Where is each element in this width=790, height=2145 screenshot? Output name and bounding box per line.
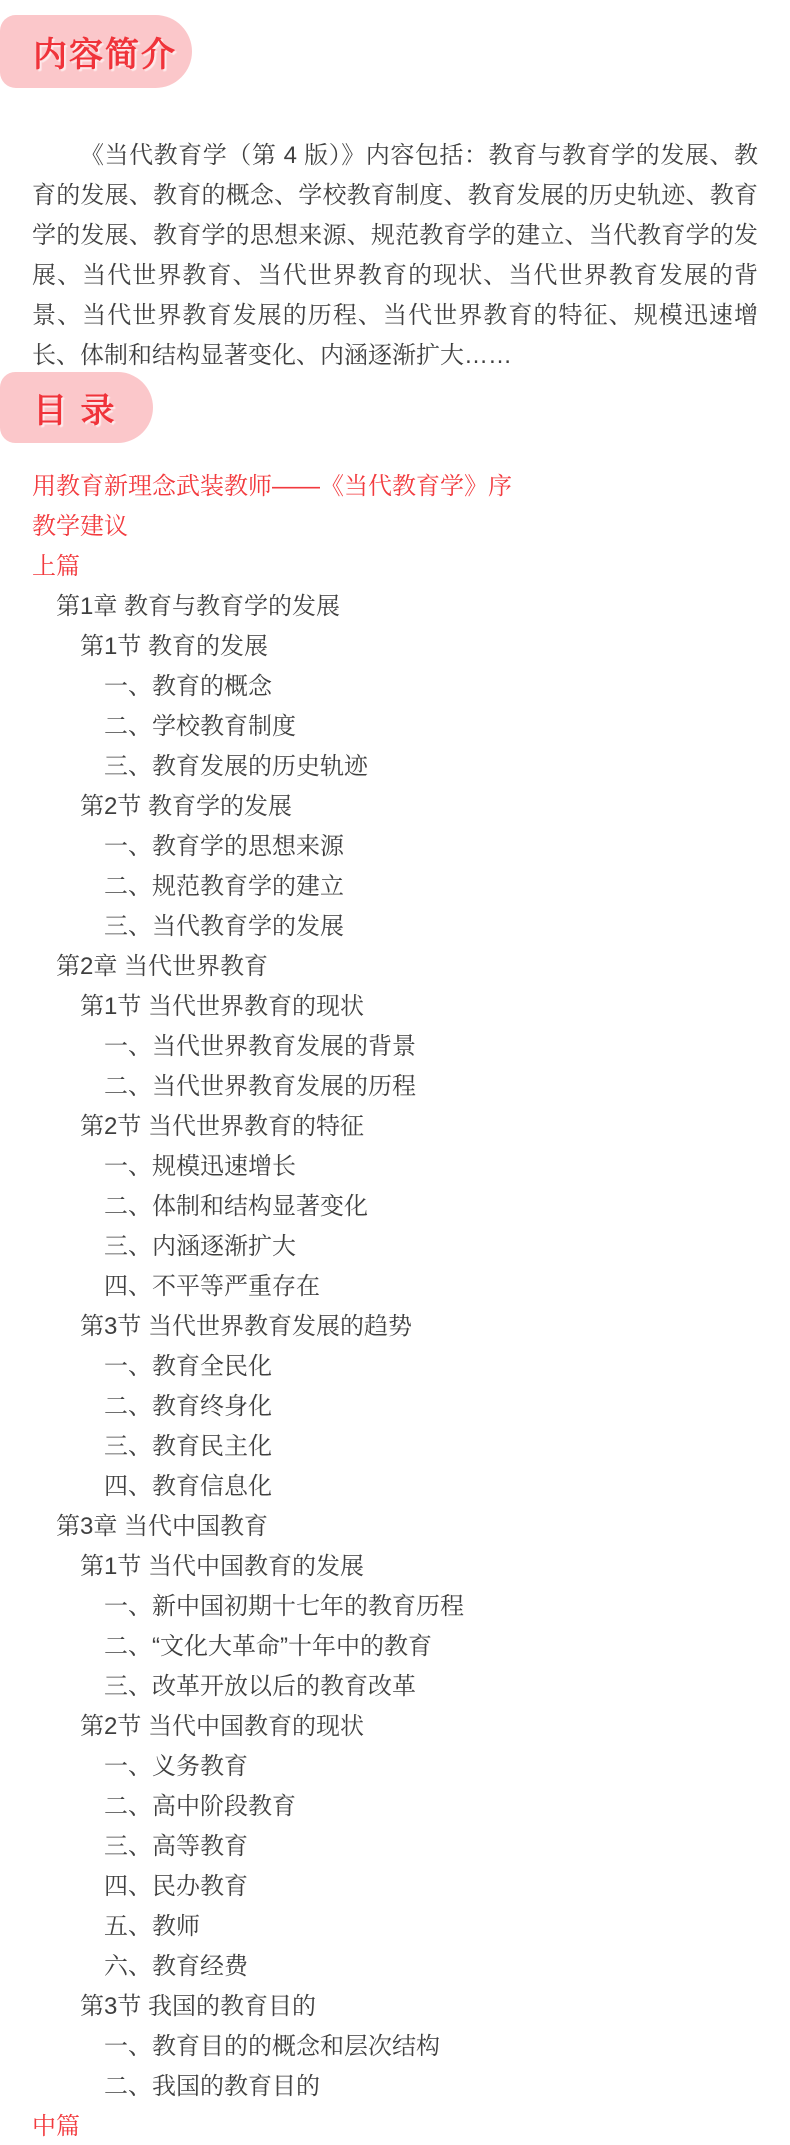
toc-item: 第2节 当代中国教育的现状 [0,1707,790,1747]
toc-item: 第3节 当代世界教育发展的趋势 [0,1307,790,1347]
toc-item: 一、教育全民化 [0,1347,790,1387]
intro-section-badge: 内容简介 [0,15,192,88]
toc-item: 一、教育学的思想来源 [0,827,790,867]
toc-section-badge: 目 录 [0,372,153,443]
toc-item: 三、教育民主化 [0,1427,790,1467]
toc-item: 第2节 教育学的发展 [0,787,790,827]
toc-item: 用教育新理念武装教师——《当代教育学》序 [0,467,790,507]
toc-item: 第2章 当代世界教育 [0,947,790,987]
toc-item: 第1节 当代中国教育的发展 [0,1547,790,1587]
toc-item: 第2节 当代世界教育的特征 [0,1107,790,1147]
toc-item: 第1章 教育与教育学的发展 [0,587,790,627]
toc-item: 三、内涵逐渐扩大 [0,1227,790,1267]
toc-item: 二、体制和结构显著变化 [0,1187,790,1227]
intro-paragraph: 《当代教育学（第 4 版）》内容包括：教育与教育学的发展、教育的发展、教育的概念… [32,136,758,376]
toc-item: 三、高等教育 [0,1827,790,1867]
toc-item: 第1节 教育的发展 [0,627,790,667]
toc-item: 上篇 [0,547,790,587]
toc-item: 四、不平等严重存在 [0,1267,790,1307]
toc-item: 一、教育的概念 [0,667,790,707]
toc-item: 六、教育经费 [0,1947,790,1987]
toc-item: 一、规模迅速增长 [0,1147,790,1187]
toc-item: 三、改革开放以后的教育改革 [0,1667,790,1707]
toc-item: 四、民办教育 [0,1867,790,1907]
toc-item: 二、我国的教育目的 [0,2067,790,2107]
toc-item: 二、“文化大革命”十年中的教育 [0,1627,790,1667]
toc-item: 一、新中国初期十七年的教育历程 [0,1587,790,1627]
toc-item: 第3节 我国的教育目的 [0,1987,790,2027]
toc-item: 一、义务教育 [0,1747,790,1787]
toc-item: 一、教育目的的概念和层次结构 [0,2027,790,2067]
toc-item: 教学建议 [0,507,790,547]
toc-item: 二、当代世界教育发展的历程 [0,1067,790,1107]
toc-item: 二、教育终身化 [0,1387,790,1427]
toc-item: 第1节 当代世界教育的现状 [0,987,790,1027]
toc-item: 二、学校教育制度 [0,707,790,747]
toc-section-title: 目 录 [33,383,116,432]
intro-section-title: 内容简介 [33,27,177,76]
toc-item: 二、高中阶段教育 [0,1787,790,1827]
toc-item: 一、当代世界教育发展的背景 [0,1027,790,1067]
toc-item: 四、教育信息化 [0,1467,790,1507]
toc-item: 三、教育发展的历史轨迹 [0,747,790,787]
toc-item: 五、教师 [0,1907,790,1947]
toc-item: 二、规范教育学的建立 [0,867,790,907]
toc-list: 用教育新理念武装教师——《当代教育学》序教学建议上篇第1章 教育与教育学的发展第… [0,467,790,2145]
book-description-page: 内容简介 《当代教育学（第 4 版）》内容包括：教育与教育学的发展、教育的发展、… [0,0,790,2145]
toc-item: 三、当代教育学的发展 [0,907,790,947]
toc-item: 第3章 当代中国教育 [0,1507,790,1547]
toc-item: 中篇 [0,2107,790,2145]
